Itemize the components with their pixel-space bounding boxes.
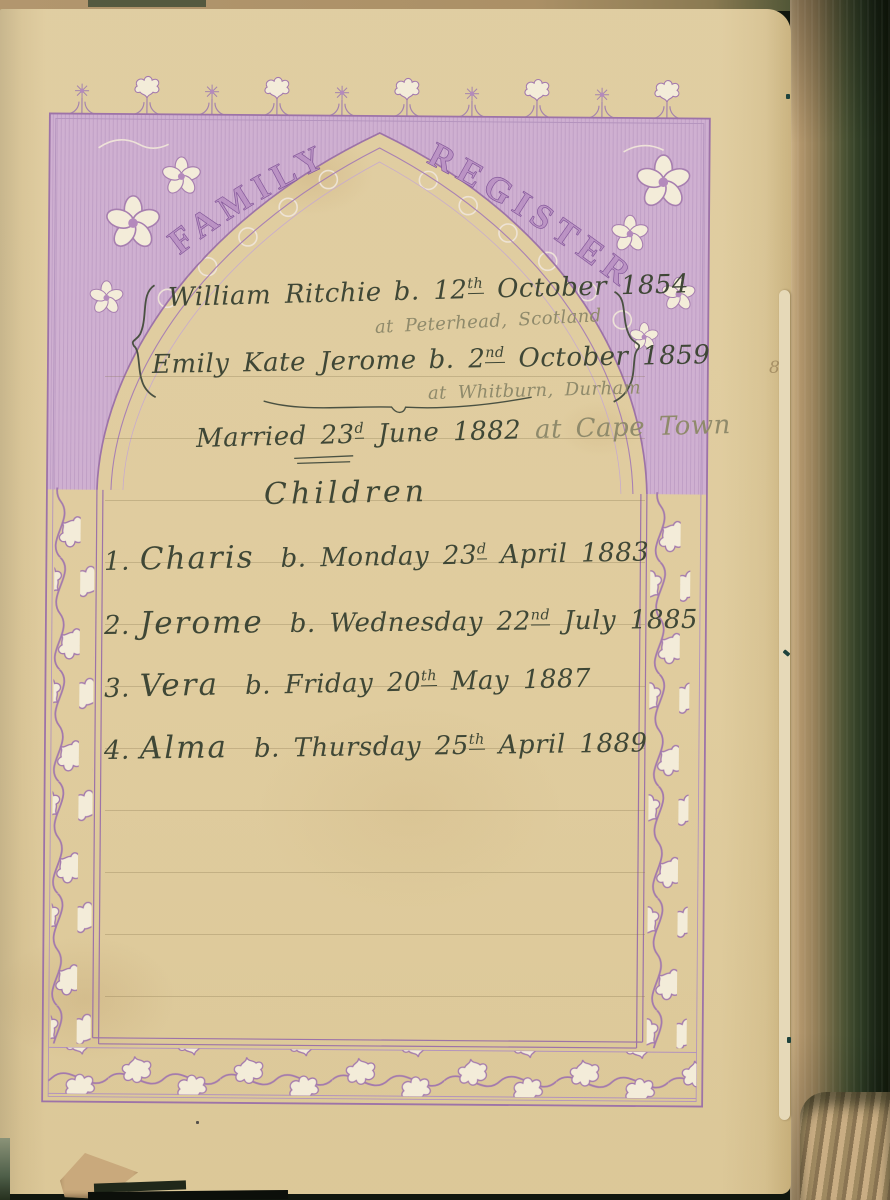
ink-speck (786, 94, 790, 99)
child-entry-4: 4.Almab. Thursday 25th April 1889 (104, 723, 648, 767)
left-vine-border (51, 487, 95, 1043)
bottom-vine-border (48, 1047, 696, 1098)
child-2-name: Jerome (140, 604, 264, 641)
child-1-name: Charis (139, 539, 254, 577)
ink-speck (787, 1037, 791, 1043)
finial-row (70, 76, 679, 119)
child-3-name: Vera (139, 667, 219, 705)
child-4-name: Alma (140, 729, 229, 766)
parent-1-name: William Ritchie (168, 277, 383, 313)
parent-2-name: Emily Kate Jerome (152, 345, 417, 380)
dust-speck (196, 1121, 199, 1124)
marginal-bleedthrough-mark: 8 (769, 358, 780, 378)
family-register-book-scan: FAMILY REGISTER William Ritchieb. 12th O… (0, 0, 890, 1200)
fanned-page-edges (800, 1092, 890, 1200)
bottom-gap-shadow (88, 1190, 288, 1200)
child-entry-2: 2.Jeromeb. Wednesday 22nd July 1885 (104, 600, 698, 642)
children-heading: Children (264, 474, 429, 512)
marriage-place: at Cape Town (521, 410, 731, 445)
bottom-left-cover-sliver (0, 1138, 10, 1200)
right-vine-border (647, 492, 691, 1048)
